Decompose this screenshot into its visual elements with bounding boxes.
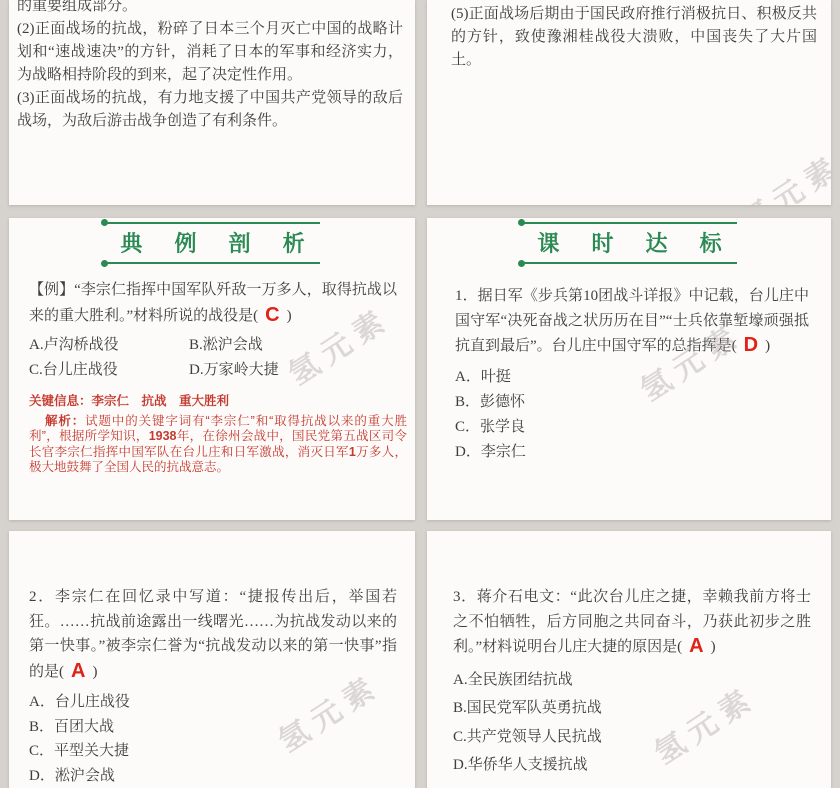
option-item: A．叶挺: [455, 365, 831, 390]
paragraph-text: (3)正面战场的抗战，有力地支援了中国共产党领导的敌后战场，为敌后游击战争创造了…: [17, 87, 403, 133]
question-text: 3．蒋介石电文：“此次台儿庄之捷，幸赖我前方将士之不怕牺牲，后方同胞之共同奋斗，…: [453, 589, 811, 655]
option-item: C.台儿庄战役: [29, 358, 189, 383]
card-notes-right: (5)正面战场后期由于国民政府推行消极抗日、积极反共的方针，致使豫湘桂战役大溃败…: [427, 0, 831, 205]
card-notes-left: 的重要组成部分。 (2)正面战场的抗战，粉碎了日本三个月灭亡中国的战略计划和“速…: [9, 0, 415, 205]
option-item: C．张学良: [455, 415, 831, 440]
option-item: D．李宗仁: [455, 440, 831, 465]
option-item: A.全民族团结抗战: [453, 666, 831, 695]
option-item: B.国民党军队英勇抗战: [453, 694, 831, 723]
slide-grid-page: 的重要组成部分。 (2)正面战场的抗战，粉碎了日本三个月灭亡中国的战略计划和“速…: [0, 0, 840, 788]
paragraph-text: (5)正面战场后期由于国民政府推行消极抗日、积极反共的方针，致使豫湘桂战役大溃败…: [451, 3, 817, 72]
options-list: A．台儿庄战役 B．百团大战 C．平型关大捷 D．淞沪会战: [29, 690, 415, 788]
answer-letter: A: [689, 635, 703, 657]
paragraph-text: 的重要组成部分。: [17, 0, 403, 18]
option-item: B.淞沪会战: [189, 333, 397, 358]
option-item: A．台儿庄战役: [29, 690, 415, 715]
option-item: D.华侨华人支援抗战: [453, 751, 831, 780]
paren-close: ): [92, 664, 97, 680]
analysis-paragraph: 解析：试题中的关键字词有“李宗仁”和“取得抗战以来的重大胜利”，根据所学知识，1…: [29, 414, 407, 476]
paragraph-text: (2)正面战场的抗战，粉碎了日本三个月灭亡中国的战略计划和“速战速决”的方针，消…: [17, 18, 403, 87]
options-grid: A.卢沟桥战役 B.淞沪会战 C.台儿庄战役 D.万家岭大捷: [29, 333, 397, 382]
answer-letter: C: [265, 304, 279, 326]
question-stem: 2．李宗仁在回忆录中写道：“捷报传出后，举国若狂。……抗战前途露出一线曙光……为…: [9, 531, 415, 684]
paren-close: ): [711, 639, 716, 655]
option-item: D.万家岭大捷: [189, 358, 397, 383]
card-example-analysis: 典 例 剖 析 【例】“李宗仁指挥中国军队歼敌一万多人，取得抗战以来的重大胜利。…: [9, 218, 415, 520]
answer-letter: A: [71, 660, 85, 682]
question-stem: 3．蒋介石电文：“此次台儿庄之捷，幸赖我前方将士之不怕牺牲，后方同胞之共同奋斗，…: [427, 531, 831, 660]
card-lesson-standard: 课 时 达 标 1．据日军《步兵第10团战斗详报》中记载，台儿庄中国守军“决死奋…: [427, 218, 831, 520]
card-question-2: 2．李宗仁在回忆录中写道：“捷报传出后，举国若狂。……抗战前途露出一线曙光……为…: [9, 531, 415, 788]
section-title: 课 时 达 标: [521, 222, 736, 264]
paren-close: ): [287, 308, 292, 324]
question-stem: 【例】“李宗仁指挥中国军队歼敌一万多人，取得抗战以来的重大胜利。”材料所说的战役…: [29, 278, 397, 328]
options-list: A．叶挺 B．彭德怀 C．张学良 D．李宗仁: [455, 365, 831, 465]
answer-letter: D: [744, 334, 758, 356]
option-item: C．平型关大捷: [29, 739, 415, 764]
notes-text-block: 的重要组成部分。 (2)正面战场的抗战，粉碎了日本三个月灭亡中国的战略计划和“速…: [17, 0, 403, 133]
key-info-line: 关键信息：李宗仁 抗战 重大胜利: [29, 394, 407, 410]
analysis-block: 关键信息：李宗仁 抗战 重大胜利 解析：试题中的关键字词有“李宗仁”和“取得抗战…: [29, 394, 407, 476]
question-stem: 1．据日军《步兵第10团战斗详报》中记载，台儿庄中国守军“决死奋战之状历历在目”…: [455, 284, 809, 359]
option-item: A.卢沟桥战役: [29, 333, 189, 358]
option-item: C.共产党领导人民抗战: [453, 723, 831, 752]
option-item: D．淞沪会战: [29, 764, 415, 788]
watermark-text: 氢元素: [730, 142, 831, 205]
option-item: B．百团大战: [29, 715, 415, 740]
paren-close: ): [765, 338, 770, 354]
option-item: B．彭德怀: [455, 390, 831, 415]
notes-text-block: (5)正面战场后期由于国民政府推行消极抗日、积极反共的方针，致使豫湘桂战役大溃败…: [451, 3, 817, 72]
card-question-3: 3．蒋介石电文：“此次台儿庄之捷，幸赖我前方将士之不怕牺牲，后方同胞之共同奋斗，…: [427, 531, 831, 788]
section-title: 典 例 剖 析: [104, 222, 319, 264]
options-list: A.全民族团结抗战 B.国民党军队英勇抗战 C.共产党领导人民抗战 D.华侨华人…: [453, 666, 831, 780]
question-text: 【例】“李宗仁指挥中国军队歼敌一万多人，取得抗战以来的重大胜利。”材料所说的战役…: [29, 282, 397, 324]
